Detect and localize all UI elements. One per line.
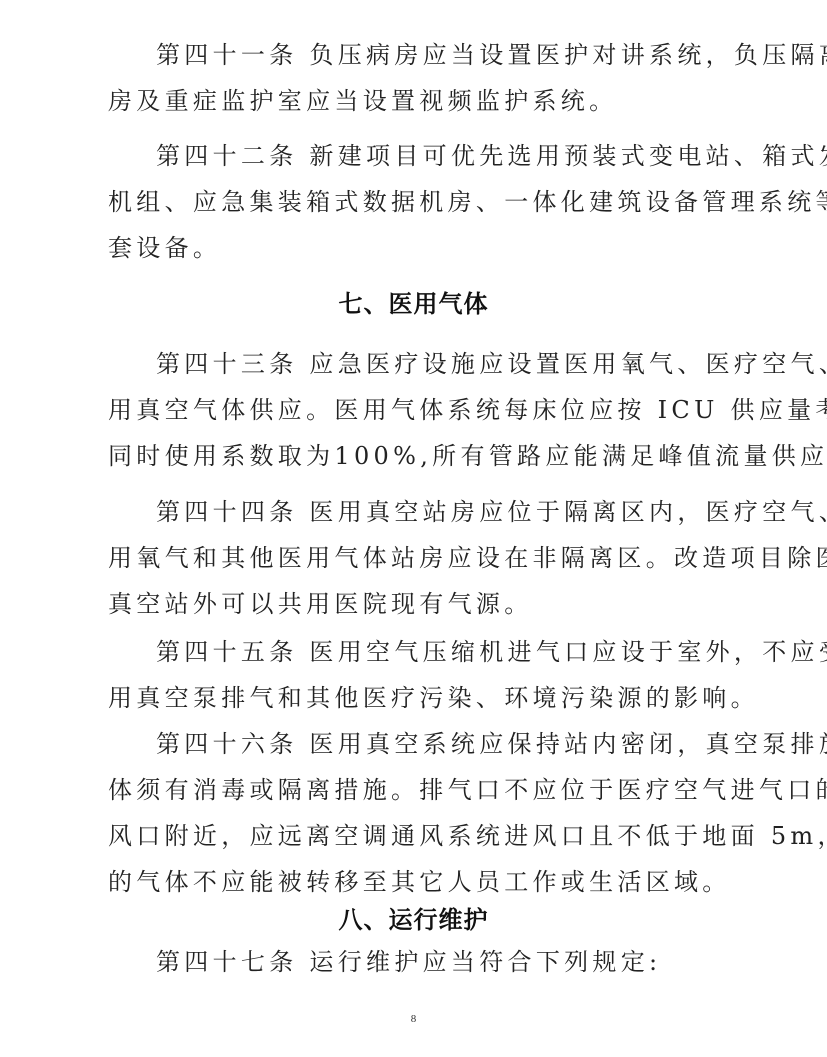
article-46-line-4: 的气体不应能被转移至其它人员工作或生活区域。 — [108, 867, 720, 897]
article-41-line-2: 房及重症监护室应当设置视频监护系统。 — [108, 86, 720, 116]
article-43-line-3: 同时使用系数取为100%,所有管路应能满足峰值流量供应需求。 — [108, 441, 720, 471]
article-42-line-3: 套设备。 — [108, 233, 720, 263]
article-42-line-2: 机组、应急集装箱式数据机房、一体化建筑设备管理系统等成 — [108, 187, 720, 217]
article-46-line-2: 体须有消毒或隔离措施。排气口不应位于医疗空气进气口的上 — [108, 775, 720, 805]
section-heading-operation-maintenance: 八、运行维护 — [0, 905, 827, 935]
document-page: 第四十一条 负压病房应当设置医护对讲系统，负压隔离病 房及重症监护室应当设置视频… — [0, 0, 827, 1057]
article-44-line-2: 用氧气和其他医用气体站房应设在非隔离区。改造项目除医用 — [108, 543, 720, 573]
article-44-line-1: 第四十四条 医用真空站房应位于隔离区内，医疗空气、医 — [156, 497, 720, 527]
article-42-line-1: 第四十二条 新建项目可优先选用预装式变电站、箱式发电 — [156, 141, 720, 171]
article-46-line-1: 第四十六条 医用真空系统应保持站内密闭，真空泵排放气 — [156, 729, 720, 759]
article-45-line-2: 用真空泵排气和其他医疗污染、环境污染源的影响。 — [108, 683, 720, 713]
article-45-line-1: 第四十五条 医用空气压缩机进气口应设于室外，不应受医 — [156, 637, 720, 667]
article-47-line-1: 第四十七条 运行维护应当符合下列规定: — [156, 947, 720, 977]
section-heading-medical-gas: 七、医用气体 — [0, 289, 827, 319]
article-43-line-2: 用真空气体供应。医用气体系统每床位应按 ICU 供应量考虑且 — [108, 395, 720, 425]
article-44-line-3: 真空站外可以共用医院现有气源。 — [108, 589, 720, 619]
article-46-line-3: 风口附近，应远离空调通风系统进风口且不低于地面 5m，排出 — [108, 821, 720, 851]
article-41-line-1: 第四十一条 负压病房应当设置医护对讲系统，负压隔离病 — [156, 40, 720, 70]
page-number: 8 — [0, 1013, 827, 1025]
article-43-line-1: 第四十三条 应急医疗设施应设置医用氧气、医疗空气、医 — [156, 349, 720, 379]
